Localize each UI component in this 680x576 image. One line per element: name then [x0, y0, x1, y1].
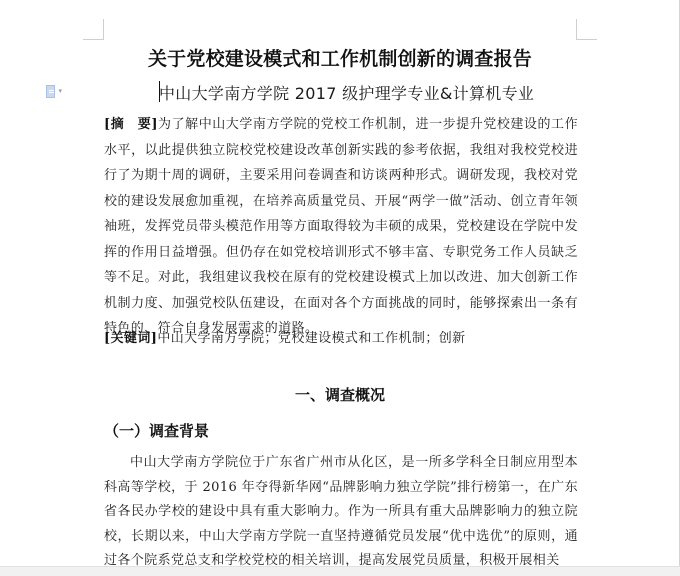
horizontal-scrollbar[interactable] — [0, 566, 680, 576]
margin-marker-top-left — [83, 19, 104, 40]
keywords-text: 中山大学南方学院；党校建设模式和工作机制；创新 — [157, 331, 465, 346]
keywords-paragraph[interactable]: [关键词]中山大学南方学院；党校建设模式和工作机制；创新 — [104, 326, 578, 352]
keywords-label: [关键词] — [104, 331, 157, 346]
document-options-icon — [46, 85, 55, 98]
document-page: ▾ 关于党校建设模式和工作机制创新的调查报告 中山大学南方学院 2017 级护理… — [0, 0, 680, 566]
document-options-button[interactable]: ▾ — [46, 84, 62, 98]
document-subtitle[interactable]: 中山大学南方学院 2017 级护理学专业&计算机专业 — [159, 81, 534, 104]
abstract-label: [摘 要] — [104, 117, 158, 132]
margin-marker-top-right — [576, 19, 597, 40]
subsection-heading: （一）调查背景 — [104, 420, 209, 441]
page-content: ▾ 关于党校建设模式和工作机制创新的调查报告 中山大学南方学院 2017 级护理… — [0, 0, 679, 566]
background-paragraph[interactable]: 中山大学南方学院位于广东省广州市从化区，是一所多学科全日制应用型本科高等学校，于… — [104, 451, 578, 566]
section-heading: 一、调查概况 — [0, 384, 679, 405]
document-title: 关于党校建设模式和工作机制创新的调查报告 — [0, 44, 679, 71]
chevron-down-icon: ▾ — [58, 88, 62, 95]
abstract-text: 为了解中山大学南方学院的党校工作机制，进一步提升党校建设的工作水平，以此提供独立… — [104, 117, 578, 336]
abstract-paragraph[interactable]: [摘 要]为了解中山大学南方学院的党校工作机制，进一步提升党校建设的工作水平，以… — [104, 112, 578, 342]
